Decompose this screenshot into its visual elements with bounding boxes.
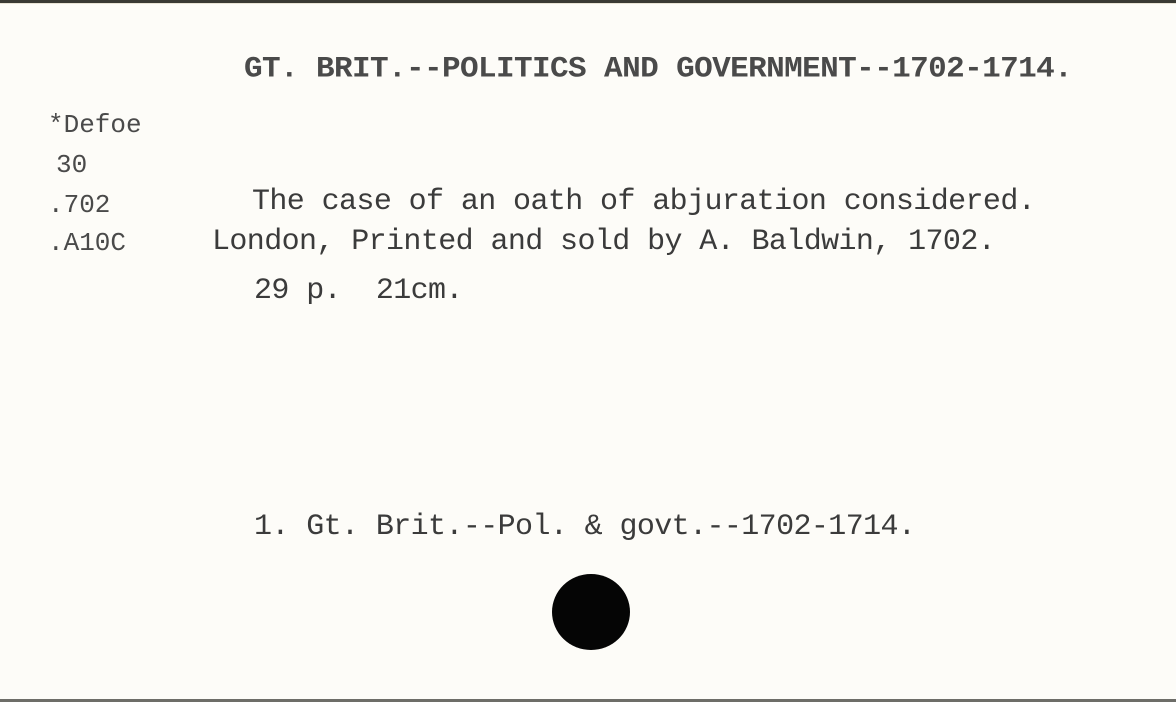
imprint: London, Printed and sold by A. Baldwin, … xyxy=(212,225,995,259)
punch-hole xyxy=(552,574,630,650)
call-number-line-4: .A10C xyxy=(48,228,126,258)
call-number-line-3: .702 xyxy=(48,190,110,220)
subject-heading: GT. BRIT.--POLITICS AND GOVERNMENT--1702… xyxy=(244,53,1072,86)
call-number-line-2: 30 xyxy=(56,150,87,180)
call-number-line-1: *Defoe xyxy=(48,110,142,140)
subject-tracing: 1. Gt. Brit.--Pol. & govt.--1702-1714. xyxy=(254,510,915,544)
collation: 29 p. 21cm. xyxy=(254,274,463,308)
catalog-card: GT. BRIT.--POLITICS AND GOVERNMENT--1702… xyxy=(0,3,1176,700)
title-statement: The case of an oath of abjuration consid… xyxy=(252,185,1035,219)
